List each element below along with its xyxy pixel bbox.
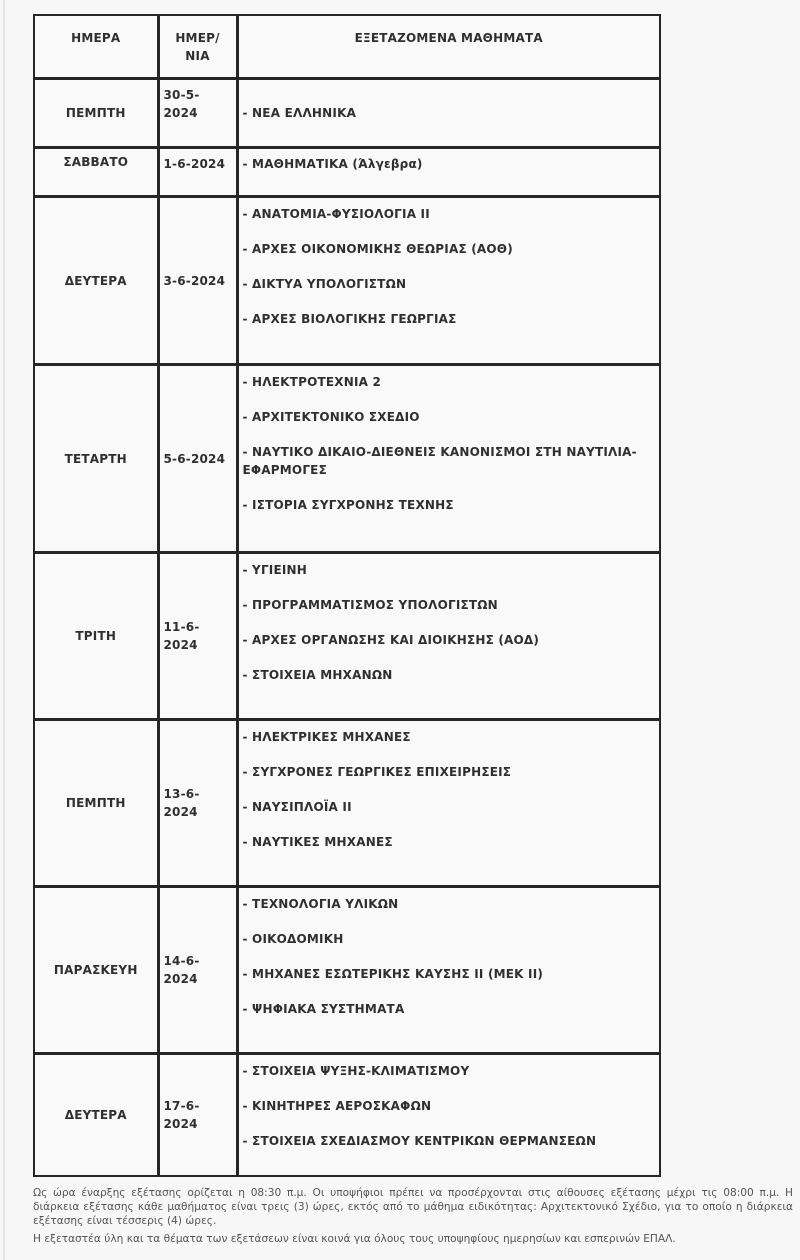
subject-item: - ΤΕΧΝΟΛΟΓΙΑ ΥΛΙΚΩΝ: [243, 895, 656, 913]
table-row: ΠΕΜΠΤΗ13-6-2024- ΗΛΕΚΤΡΙΚΕΣ ΜΗΧΑΝΕΣ- ΣΥΓ…: [34, 720, 660, 887]
subject-item: - ΟΙΚΟΔΟΜΙΚΗ: [243, 930, 656, 948]
subject-item: - ΣΤΟΙΧΕΙΑ ΜΗΧΑΝΩΝ: [243, 666, 656, 684]
subject-item: - ΝΕΑ ΕΛΛΗΝΙΚΑ: [243, 104, 656, 122]
table-row: ΔΕΥΤΕΡΑ3-6-2024- ΑΝΑΤΟΜΙΑ-ΦΥΣΙΟΛΟΓΙΑ ΙΙ-…: [34, 197, 660, 365]
exam-day: ΠΕΜΠΤΗ: [34, 79, 158, 148]
exam-date: 5-6-2024: [158, 365, 237, 553]
subject-item: - ΨΗΦΙΑΚΑ ΣΥΣΤΗΜΑΤΑ: [243, 1000, 656, 1018]
exam-schedule-table: ΗΜΕΡΑ ΗΜΕΡ/ ΝΙΑ ΕΞΕΤΑΖΟΜΕΝΑ ΜΑΘΗΜΑΤΑ ΠΕΜ…: [33, 14, 661, 1177]
subject-item: - ΗΛΕΚΤΡΙΚΕΣ ΜΗΧΑΝΕΣ: [243, 728, 656, 746]
table-row: ΤΡΙΤΗ11-6-2024- ΥΓΙΕΙΝΗ- ΠΡΟΓΡΑΜΜΑΤΙΣΜΟΣ…: [34, 553, 660, 720]
exam-day: ΠΕΜΠΤΗ: [34, 720, 158, 887]
page-edge-rule: [3, 0, 5, 1260]
table-body: ΠΕΜΠΤΗ30-5-2024- ΝΕΑ ΕΛΛΗΝΙΚΑΣΑΒΒΑΤΟ1-6-…: [34, 79, 660, 1177]
subject-item: - ΙΣΤΟΡΙΑ ΣΥΓΧΡΟΝΗΣ ΤΕΧΝΗΣ: [243, 496, 656, 514]
exam-subjects: - ΗΛΕΚΤΡΙΚΕΣ ΜΗΧΑΝΕΣ- ΣΥΓΧΡΟΝΕΣ ΓΕΩΡΓΙΚΕ…: [237, 720, 660, 887]
header-day: ΗΜΕΡΑ: [34, 15, 158, 79]
exam-subjects: - ΝΕΑ ΕΛΛΗΝΙΚΑ: [237, 79, 660, 148]
exam-subjects: - ΤΕΧΝΟΛΟΓΙΑ ΥΛΙΚΩΝ- ΟΙΚΟΔΟΜΙΚΗ- ΜΗΧΑΝΕΣ…: [237, 887, 660, 1054]
subject-item: - ΣΤΟΙΧΕΙΑ ΣΧΕΔΙΑΣΜΟΥ ΚΕΝΤΡΙΚΩΝ ΘΕΡΜΑΝΣΕ…: [243, 1132, 656, 1150]
exam-date: 30-5-2024: [158, 79, 237, 148]
subject-item: - ΥΓΙΕΙΝΗ: [243, 561, 656, 579]
exam-subjects: - ΣΤΟΙΧΕΙΑ ΨΥΞΗΣ-ΚΛΙΜΑΤΙΣΜΟΥ- ΚΙΝΗΤΗΡΕΣ …: [237, 1054, 660, 1177]
subject-item: - ΚΙΝΗΤΗΡΕΣ ΑΕΡΟΣΚΑΦΩΝ: [243, 1097, 656, 1115]
table-row: ΠΕΜΠΤΗ30-5-2024- ΝΕΑ ΕΛΛΗΝΙΚΑ: [34, 79, 660, 148]
subject-item: - ΜΗΧΑΝΕΣ ΕΣΩΤΕΡΙΚΗΣ ΚΑΥΣΗΣ ΙΙ (ΜΕΚ ΙΙ): [243, 965, 656, 983]
exam-subjects: - ΑΝΑΤΟΜΙΑ-ΦΥΣΙΟΛΟΓΙΑ ΙΙ- ΑΡΧΕΣ ΟΙΚΟΝΟΜΙ…: [237, 197, 660, 365]
subject-item: - ΑΡΧΕΣ ΟΡΓΑΝΩΣΗΣ ΚΑΙ ΔΙΟΙΚΗΣΗΣ (ΑΟΔ): [243, 631, 656, 649]
exam-day: ΤΕΤΑΡΤΗ: [34, 365, 158, 553]
subject-item: - ΝΑΥΤΙΚΕΣ ΜΗΧΑΝΕΣ: [243, 833, 656, 851]
exam-subjects: - ΥΓΙΕΙΝΗ- ΠΡΟΓΡΑΜΜΑΤΙΣΜΟΣ ΥΠΟΛΟΓΙΣΤΩΝ- …: [237, 553, 660, 720]
table-row: ΔΕΥΤΕΡΑ17-6-2024- ΣΤΟΙΧΕΙΑ ΨΥΞΗΣ-ΚΛΙΜΑΤΙ…: [34, 1054, 660, 1177]
subject-item: - ΝΑΥΤΙΚΟ ΔΙΚΑΙΟ-ΔΙΕΘΝΕΙΣ ΚΑΝΟΝΙΣΜΟΙ ΣΤΗ…: [243, 443, 656, 479]
subject-item: - ΠΡΟΓΡΑΜΜΑΤΙΣΜΟΣ ΥΠΟΛΟΓΙΣΤΩΝ: [243, 596, 656, 614]
exam-date: 1-6-2024: [158, 148, 237, 197]
subject-item: - ΣΥΓΧΡΟΝΕΣ ΓΕΩΡΓΙΚΕΣ ΕΠΙΧΕΙΡΗΣΕΙΣ: [243, 763, 656, 781]
subject-item: - ΝΑΥΣΙΠΛΟΪΑ ΙΙ: [243, 798, 656, 816]
table-row: ΣΑΒΒΑΤΟ1-6-2024- ΜΑΘΗΜΑΤΙΚΑ (Άλγεβρα): [34, 148, 660, 197]
subject-item: - ΑΡΧΕΣ ΟΙΚΟΝΟΜΙΚΗΣ ΘΕΩΡΙΑΣ (ΑΟΘ): [243, 240, 656, 258]
exam-day: ΠΑΡΑΣΚΕΥΗ: [34, 887, 158, 1054]
exam-subjects: - ΗΛΕΚΤΡΟΤΕΧΝΙΑ 2- ΑΡΧΙΤΕΚΤΟΝΙΚΟ ΣΧΕΔΙΟ-…: [237, 365, 660, 553]
header-subjects: ΕΞΕΤΑΖΟΜΕΝΑ ΜΑΘΗΜΑΤΑ: [237, 15, 660, 79]
exam-day: ΔΕΥΤΕΡΑ: [34, 1054, 158, 1177]
note-common-material: Η εξεταστέα ύλη και τα θέματα των εξετάσ…: [33, 1232, 793, 1246]
table-row: ΤΕΤΑΡΤΗ5-6-2024- ΗΛΕΚΤΡΟΤΕΧΝΙΑ 2- ΑΡΧΙΤΕ…: [34, 365, 660, 553]
header-date: ΗΜΕΡ/ ΝΙΑ: [158, 15, 237, 79]
exam-subjects: - ΜΑΘΗΜΑΤΙΚΑ (Άλγεβρα): [237, 148, 660, 197]
exam-day: ΔΕΥΤΕΡΑ: [34, 197, 158, 365]
note-exam-time: Ως ώρα έναρξης εξέτασης ορίζεται η 08:30…: [33, 1186, 793, 1228]
subject-item: - ΜΑΘΗΜΑΤΙΚΑ (Άλγεβρα): [243, 155, 656, 173]
exam-date: 13-6-2024: [158, 720, 237, 887]
exam-date: 11-6-2024: [158, 553, 237, 720]
exam-notes: Ως ώρα έναρξης εξέτασης ορίζεται η 08:30…: [33, 1186, 793, 1250]
exam-date: 3-6-2024: [158, 197, 237, 365]
exam-date: 17-6-2024: [158, 1054, 237, 1177]
subject-item: - ΣΤΟΙΧΕΙΑ ΨΥΞΗΣ-ΚΛΙΜΑΤΙΣΜΟΥ: [243, 1062, 656, 1080]
subject-item: - ΔΙΚΤΥΑ ΥΠΟΛΟΓΙΣΤΩΝ: [243, 275, 656, 293]
subject-item: - ΑΡΧΕΣ ΒΙΟΛΟΓΙΚΗΣ ΓΕΩΡΓΙΑΣ: [243, 310, 656, 328]
subject-item: - ΑΝΑΤΟΜΙΑ-ΦΥΣΙΟΛΟΓΙΑ ΙΙ: [243, 205, 656, 223]
subject-item: - ΑΡΧΙΤΕΚΤΟΝΙΚΟ ΣΧΕΔΙΟ: [243, 408, 656, 426]
exam-day: ΣΑΒΒΑΤΟ: [34, 148, 158, 197]
exam-day: ΤΡΙΤΗ: [34, 553, 158, 720]
exam-date: 14-6-2024: [158, 887, 237, 1054]
table-header-row: ΗΜΕΡΑ ΗΜΕΡ/ ΝΙΑ ΕΞΕΤΑΖΟΜΕΝΑ ΜΑΘΗΜΑΤΑ: [34, 15, 660, 79]
table-row: ΠΑΡΑΣΚΕΥΗ14-6-2024- ΤΕΧΝΟΛΟΓΙΑ ΥΛΙΚΩΝ- Ο…: [34, 887, 660, 1054]
subject-item: - ΗΛΕΚΤΡΟΤΕΧΝΙΑ 2: [243, 373, 656, 391]
